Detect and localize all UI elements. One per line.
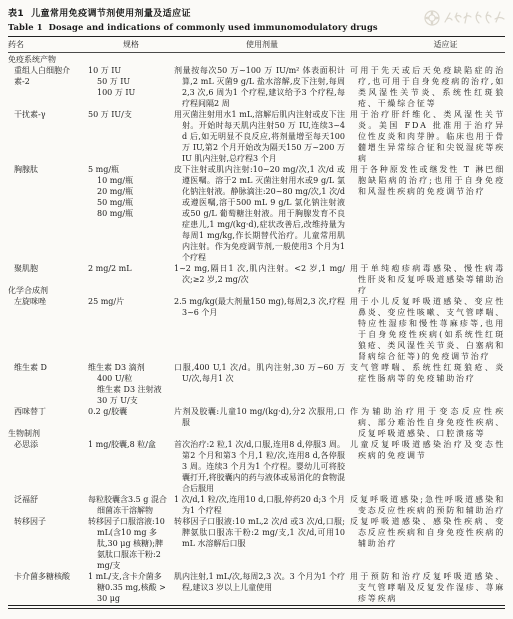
drug-name: 胸腺肽 xyxy=(8,164,88,175)
table-row: 维生素 D 维生素 D3 滴剂 400 U/粒 维生素 D3 注射液 30 万 … xyxy=(8,362,505,406)
table-row: 重组人白细胞介素-2 10 万 IU 50 万 IU 100 万 IU 剂量按每… xyxy=(8,65,505,109)
indication-cell: 儿童反复呼吸道感染治疗及变态性疾病的免疫调节 xyxy=(350,439,505,461)
indication-cell: 用于预防和治疗反复呼吸道感染、支气管哮喘及反复发作湿疹、荨麻疹等疾病 xyxy=(350,571,505,604)
table-row: 必思添 1 mg/胶囊,8 粒/盒 首次治疗:2 粒,1 次/d,口服,连用8 … xyxy=(8,439,505,494)
table-row: 泛福舒 每粒胶囊含3.5 g 混合细菌冻干溶解物 1 次/d,1 粒/次,连用1… xyxy=(8,494,505,516)
spec-cell: 1 mg/胶囊,8 粒/盒 xyxy=(88,439,174,450)
dosage-cell: 皮下注射或肌内注射:10~20 mg/次,1 次/d 或遵医嘱。溶于2 mL 灭… xyxy=(174,164,350,263)
drug-name: 转移因子 xyxy=(8,516,88,527)
table-bottom-rule-heavy xyxy=(8,605,505,606)
table-number-en: Table 1 xyxy=(8,22,43,32)
table-bottom-rule-thin xyxy=(8,608,505,609)
drug-table: 药名 规格 使用剂量 适应证 免疫系统产物 重组人白细胞介素-2 10 万 IU… xyxy=(8,36,505,609)
indication-cell: 作为辅助治疗用于变态反应性疾病、部分难治性自身免疫性疾病、反复呼吸道感染、口腔溃… xyxy=(350,406,505,439)
drug-name: 西咪替丁 xyxy=(8,406,88,417)
indication-cell: 用于单纯疱疹病毒感染、慢性病毒性肝炎和反复呼吸道感染等辅助治疗 xyxy=(350,263,505,296)
table-number-cn: 表1 xyxy=(8,9,24,19)
table-row: 转移因子 转移因子口服溶液:10 mL(含10 mg 多肽,30 μg 核糖);… xyxy=(8,516,505,571)
watermark-stamp-icon xyxy=(423,6,507,34)
spec-cell: 10 万 IU 50 万 IU 100 万 IU xyxy=(88,65,174,98)
spec-cell: 5 mg/瓶 10 mg/瓶 20 mg/瓶 50 mg/瓶 80 mg/瓶 xyxy=(88,164,174,219)
dosage-cell: 用灭菌注射用水1 mL,溶解后肌内注射或皮下注射。开始时每天肌内注射50 万 I… xyxy=(174,109,350,164)
table-row: 卡介菌多糖核酸 1 mL/支,含卡介菌多糖0.35 mg,核酸 > 30 μg … xyxy=(8,571,505,604)
drug-name: 必思添 xyxy=(8,439,88,450)
indication-cell: 支气管哮喘、系统性红斑狼疮、炎症性肠病等的免疫辅助治疗 xyxy=(350,362,505,384)
dosage-cell: 肌内注射,1 mL/次,每周2,3 次。3 个月为1 个疗程,建议3 岁以上儿童… xyxy=(174,571,350,593)
indication-cell: 用于各种原发性或继发性 T 淋巴细胞缺陷病的治疗;也用于自身免疫和风湿性疾病的免… xyxy=(350,164,505,197)
drug-name: 泛福舒 xyxy=(8,494,88,505)
dosage-cell: 2.5 mg/kg(最大剂量150 mg),每周2,3 次,疗程3~6 个月 xyxy=(174,296,350,318)
indication-cell: 用于治疗肝纤维化、类风湿性关节炎。美国 FDA 批准用于治疗异位性皮炎和肉芽肿。… xyxy=(350,109,505,164)
dosage-cell: 1 次/d,1 粒/次,连用10 d,口服,停药20 d;3 个月为1 个疗程 xyxy=(174,494,350,516)
spec-cell: 1 mL/支,含卡介菌多糖0.35 mg,核酸 > 30 μg xyxy=(88,571,174,604)
table-header-row: 药名 规格 使用剂量 适应证 xyxy=(8,37,505,53)
indication-cell: 反复呼吸道感染;急性呼吸道感染和变态反应性疾病的预防和辅助治疗 xyxy=(350,494,505,516)
journal-table-page: 表1儿童常用免疫调节剂使用剂量及适应证 Table 1Dosage and in… xyxy=(0,0,513,619)
drug-name: 维生素 D xyxy=(8,362,88,373)
indication-cell: 可用于先天或后天免疫缺陷症的治疗,也可用于自身免疫病的治疗,如类风湿性关节炎、系… xyxy=(350,65,505,109)
column-header-dosage: 使用剂量 xyxy=(174,40,350,50)
column-header-spec: 规格 xyxy=(88,40,174,50)
indication-cell: 反复呼吸道感染、感染性疾病、变态反应性疾病和自身免疫性疾病的辅助治疗 xyxy=(350,516,505,549)
table-title-cn-text: 儿童常用免疫调节剂使用剂量及适应证 xyxy=(31,9,191,19)
drug-name: 干扰素-γ xyxy=(8,109,88,120)
table-row: 胸腺肽 5 mg/瓶 10 mg/瓶 20 mg/瓶 50 mg/瓶 80 mg… xyxy=(8,164,505,263)
drug-name: 左旋咪唑 xyxy=(8,296,88,307)
dosage-cell: 口服,400 U,1 次/d。肌内注射,30 万~60 万 U/次,每月1 次 xyxy=(174,362,350,384)
drug-name: 卡介菌多糖核酸 xyxy=(8,571,88,582)
drug-name: 重组人白细胞介素-2 xyxy=(8,65,88,87)
dosage-cell: 转移因子口服液:10 mL,2 次/d 或3 次/d,口服;脾氨肽口服冻干粉:2… xyxy=(174,516,350,549)
column-header-indication: 适应证 xyxy=(350,40,505,50)
dosage-cell: 1~2 mg,隔日1 次,肌内注射。<2 岁,1 mg/次;≥2 岁,2 mg/… xyxy=(174,263,350,285)
dosage-cell: 首次治疗:2 粒,1 次/d,口服,连用8 d,停服3 周。第2 个月和第3 个… xyxy=(174,439,350,494)
table-row: 干扰素-γ 50 万 IU/支 用灭菌注射用水1 mL,溶解后肌内注射或皮下注射… xyxy=(8,109,505,164)
drug-name: 聚肌胞 xyxy=(8,263,88,274)
indication-cell: 用于小儿反复呼吸道感染、变应性鼻炎、变应性咳嗽、支气管哮喘、特应性湿疹和慢性荨麻… xyxy=(350,296,505,362)
dosage-cell: 剂量按每次50 万~100 万 IU/m² 体表面积计算,2 mL 灭菌9 g/… xyxy=(174,65,350,109)
spec-cell: 维生素 D3 滴剂 400 U/粒 维生素 D3 注射液 30 万 U/支 xyxy=(88,362,174,406)
spec-cell: 2 mg/2 mL xyxy=(88,263,174,274)
column-header-drug: 药名 xyxy=(8,40,88,50)
table-body: 免疫系统产物 重组人白细胞介素-2 10 万 IU 50 万 IU 100 万 … xyxy=(8,53,505,604)
spec-cell: 0.2 g/胶囊 xyxy=(88,406,174,417)
table-title-en-text: Dosage and indications of commonly used … xyxy=(49,22,378,32)
dosage-cell: 片剂及胶囊:儿童10 mg/(kg·d),分2 次服用,口服 xyxy=(174,406,350,428)
spec-cell: 25 mg/片 xyxy=(88,296,174,307)
table-row: 左旋咪唑 25 mg/片 2.5 mg/kg(最大剂量150 mg),每周2,3… xyxy=(8,296,505,362)
spec-cell: 每粒胶囊含3.5 g 混合细菌冻干溶解物 xyxy=(88,494,174,516)
section-header-immune-products: 免疫系统产物 xyxy=(8,54,505,65)
spec-cell: 50 万 IU/支 xyxy=(88,109,174,120)
spec-cell: 转移因子口服溶液:10 mL(含10 mg 多肽,30 μg 核糖);脾氨肽口服… xyxy=(88,516,174,571)
